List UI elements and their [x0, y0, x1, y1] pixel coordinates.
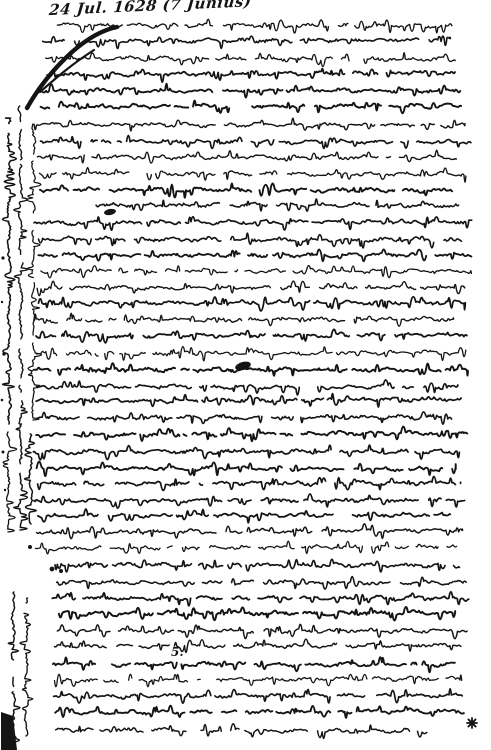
manuscript-page: 24 Jul. 1628 (7 Junius) 5.: [0, 0, 491, 750]
end-mark-cross: [467, 718, 477, 728]
handwriting-svg: [0, 0, 491, 750]
margin-notes-left: [3, 106, 42, 742]
body-text-lines: [33, 19, 477, 738]
opening-flourish: [27, 27, 117, 108]
ink-blots: [1, 208, 252, 750]
